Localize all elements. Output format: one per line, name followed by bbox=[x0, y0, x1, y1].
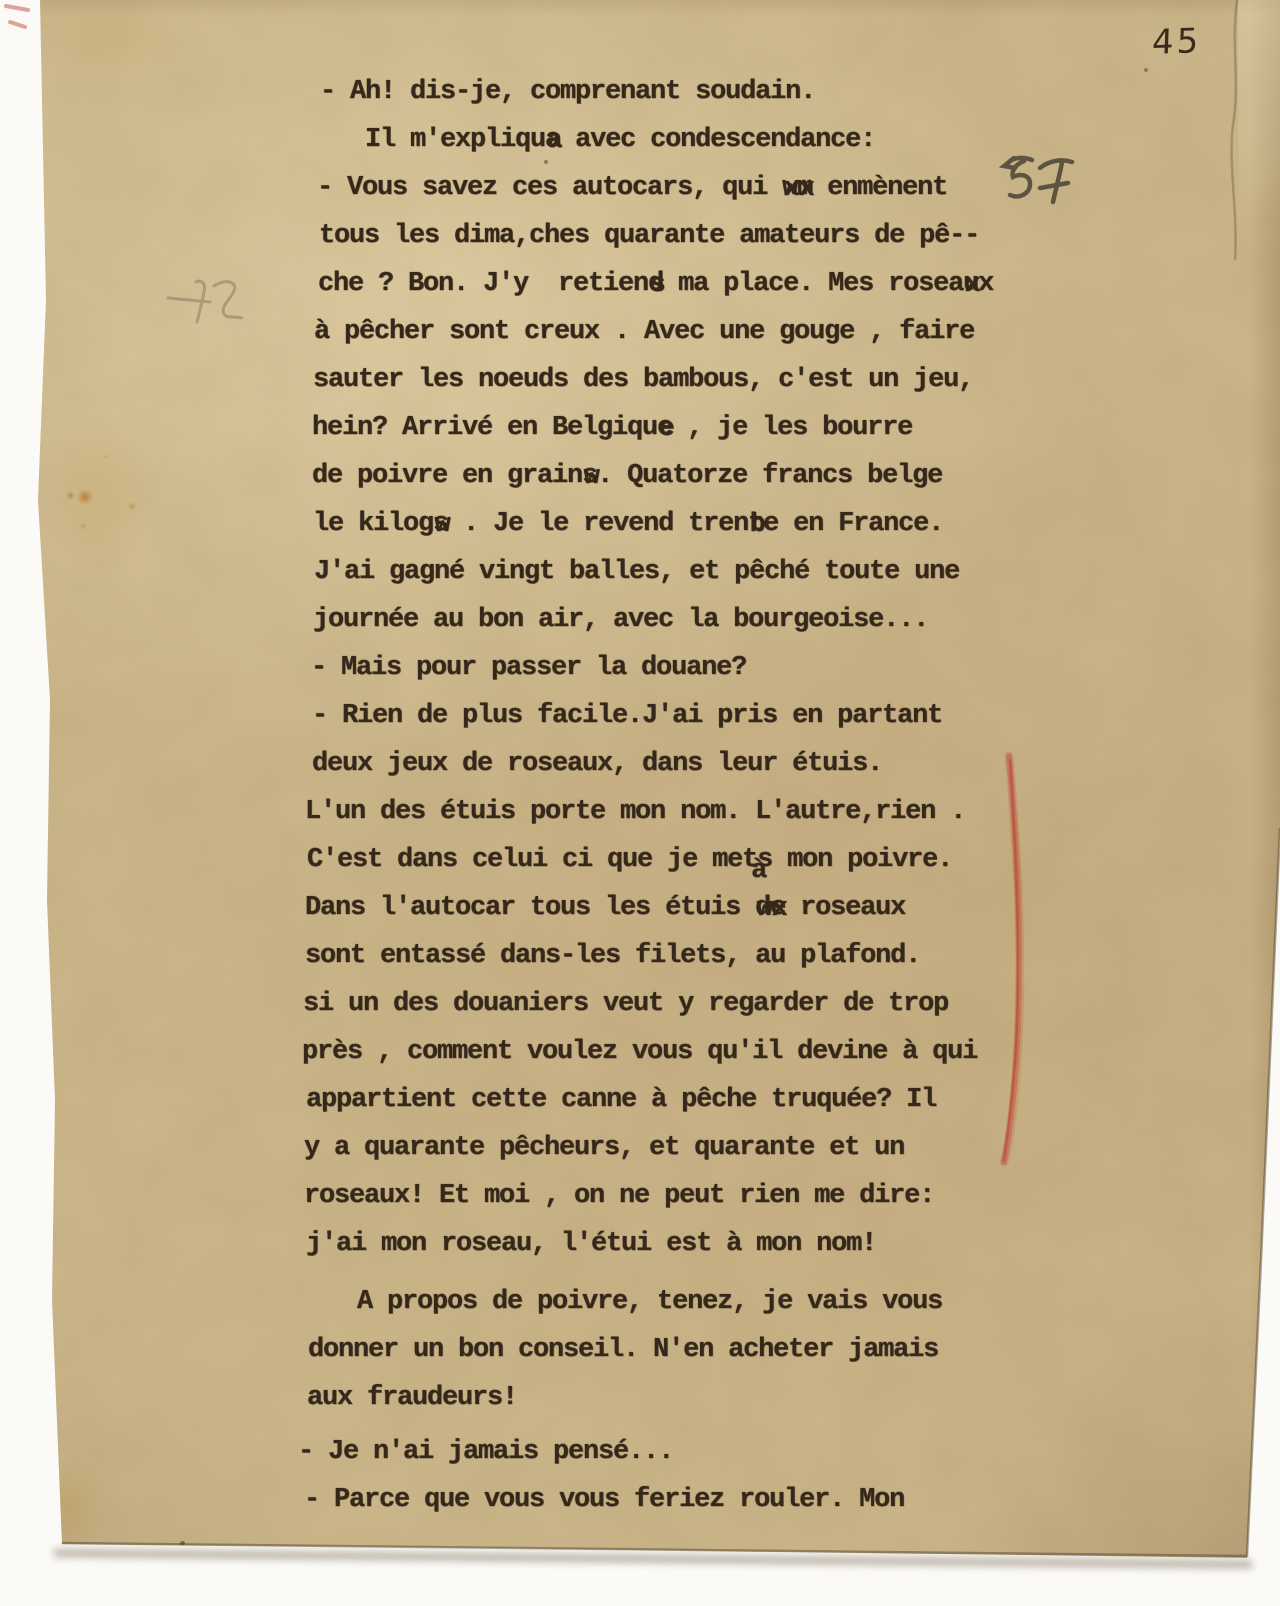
typed-line: - Ah! dis-je, comprenant soudain. bbox=[320, 68, 1120, 116]
typed-line: aux fraudeurs! bbox=[307, 1374, 1107, 1422]
typed-line: journée au bon air, avec la bourgeoise..… bbox=[313, 596, 1113, 644]
typed-line: le kilogsw . Je le revend trentbe en Fra… bbox=[313, 500, 1113, 548]
red-corner-marks bbox=[6, 6, 28, 27]
overstruck-text: sw bbox=[433, 500, 448, 548]
typed-line: de poivre en grainsw. Quatorze francs be… bbox=[312, 452, 1112, 500]
strikeover-blot: x bbox=[965, 261, 980, 309]
stain bbox=[42, 420, 152, 570]
typed-line: y a quarante pêcheurs, et quarante et un bbox=[304, 1124, 1104, 1172]
typed-line: tous les dima,ches quarante amateurs de … bbox=[319, 212, 1119, 260]
scanned-manuscript: - Ah! dis-je, comprenant soudain. Il m'e… bbox=[0, 0, 1280, 1606]
strikeover-blot: a bbox=[547, 117, 562, 165]
overstruck-text: dewxà bbox=[755, 884, 785, 932]
strikeover-blot: w bbox=[584, 453, 599, 501]
foxing-spot bbox=[79, 522, 87, 530]
strikeover-blot: w bbox=[435, 501, 450, 549]
strikeover-blot: xx bbox=[784, 165, 814, 213]
typed-line: - Vous savez ces autocars, qui wmxx enmè… bbox=[317, 164, 1117, 212]
typed-line: donner un bon conseil. N'en acheter jama… bbox=[308, 1326, 1108, 1374]
typed-line: - Je n'ai jamais pensé... bbox=[298, 1428, 1098, 1476]
typed-line: à pêcher sont creux . Avec une gouge , f… bbox=[314, 308, 1114, 356]
typed-text: - Ah! dis-je, comprenant soudain. Il m'e… bbox=[310, 68, 1110, 1524]
typed-line: A propos de poivre, tenez, je vais vous bbox=[312, 1278, 1112, 1326]
typed-line: - Mais pour passer la douane? bbox=[311, 644, 1111, 692]
typed-line: L'un des étuis porte mon nom. L'autre,ri… bbox=[305, 788, 1105, 836]
strikeover-blot: wx bbox=[757, 885, 787, 933]
foxing-spot bbox=[103, 454, 109, 460]
overstruck-text: sw bbox=[582, 452, 597, 500]
stain bbox=[40, 0, 180, 80]
overstruck-text: ux bbox=[963, 260, 978, 308]
typed-line: C'est dans celui ci que je mets mon poiv… bbox=[307, 836, 1107, 884]
typed-line: j'ai mon roseau, l'étui est à mon nom! bbox=[306, 1220, 1106, 1268]
foxing-spot bbox=[66, 491, 75, 500]
speck bbox=[1144, 68, 1148, 72]
foxing-spot bbox=[76, 489, 94, 505]
typed-line: roseaux! Et moi , on ne peut rien me dir… bbox=[304, 1172, 1104, 1220]
overstruck-text: ee bbox=[657, 404, 672, 452]
overstruck-text: ds bbox=[648, 260, 663, 308]
typed-line: appartient cette canne à pêche truquée? … bbox=[306, 1076, 1106, 1124]
typed-line: sont entassé dans-les filets, au plafond… bbox=[305, 932, 1105, 980]
page-number: 45 bbox=[1151, 23, 1201, 61]
typed-line: hein? Arrivé en Belgiquee , je les bourr… bbox=[312, 404, 1112, 452]
superscript-correction: à bbox=[751, 858, 766, 885]
speck bbox=[180, 1541, 185, 1546]
overstruck-text: wmxx bbox=[782, 164, 812, 212]
strikeover-blot: e bbox=[659, 405, 674, 453]
typed-line: - Parce que vous vous feriez rouler. Mon bbox=[304, 1476, 1104, 1524]
overstruck-text: tb bbox=[748, 500, 763, 548]
typed-line: si un des douaniers veut y regarder de t… bbox=[303, 980, 1103, 1028]
strikeover-blot: b bbox=[750, 501, 765, 549]
typed-line: che ? Bon. J'y retiends ma place. Mes ro… bbox=[318, 260, 1118, 308]
typed-line: Dans l'autocar tous les étuis dewxà rose… bbox=[305, 884, 1105, 932]
typed-line: deux jeux de roseaux, dans leur étuis. bbox=[312, 740, 1112, 788]
typed-line: sauter les noeuds des bambous, c'est un … bbox=[313, 356, 1113, 404]
typed-line: près , comment voulez vous qu'il devine … bbox=[302, 1028, 1102, 1076]
stain bbox=[28, 1460, 108, 1550]
overstruck-text: aa bbox=[545, 116, 560, 164]
strikeover-blot: s bbox=[650, 261, 665, 309]
typed-line: - Rien de plus facile.J'ai pris en parta… bbox=[312, 692, 1112, 740]
typed-line: J'ai gagné vingt balles, et pêché toute … bbox=[314, 548, 1114, 596]
typed-line: Il m'expliquaa avec condescendance: bbox=[320, 116, 1120, 164]
foxing-spot bbox=[127, 502, 137, 511]
corner-crease-highlight bbox=[1238, 0, 1280, 250]
